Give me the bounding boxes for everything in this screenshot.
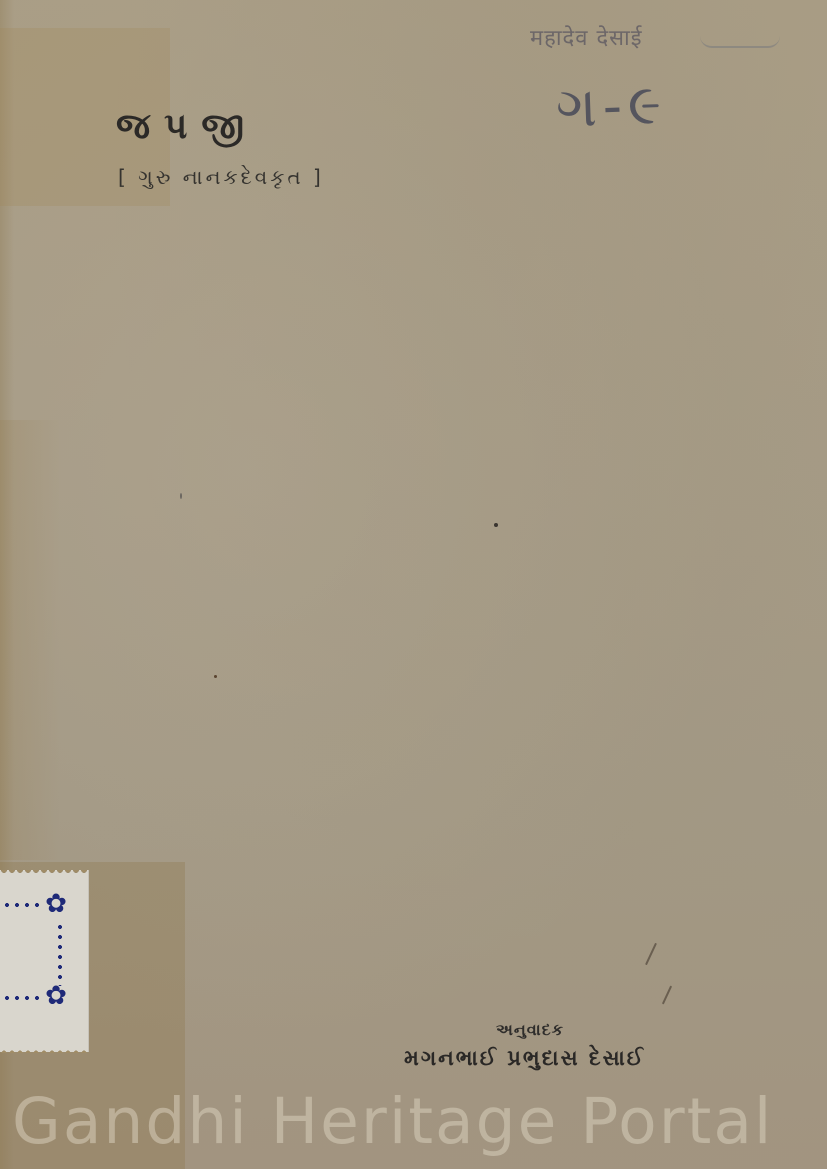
spine-stain bbox=[0, 420, 60, 860]
paper-speck bbox=[180, 493, 182, 499]
label-dotted-border-right bbox=[57, 922, 63, 986]
label-dotted-border-bottom bbox=[2, 995, 42, 1001]
owner-stamp: महादेव देसाई bbox=[530, 22, 643, 52]
label-perforated-edge-top bbox=[0, 870, 88, 874]
translator-role-label: અનુવાદક bbox=[496, 1020, 564, 1040]
flower-ornament-icon: ✿ bbox=[43, 891, 69, 917]
flower-ornament-icon: ✿ bbox=[43, 983, 69, 1009]
paper-speck bbox=[214, 675, 217, 678]
paper-speck bbox=[494, 523, 498, 527]
book-title: જપજી bbox=[116, 104, 258, 148]
book-subtitle: [ ગુરુ નાનકદેવકૃત ] bbox=[118, 164, 324, 190]
label-dotted-border-top bbox=[2, 902, 42, 908]
portal-watermark: Gandhi Heritage Portal bbox=[12, 1082, 773, 1162]
handwritten-catalog-number: ગ-૯ bbox=[555, 70, 668, 144]
translator-name: મગનભાઈ પ્રભુદાસ દેસાઈ bbox=[404, 1046, 645, 1071]
pencil-stroke bbox=[700, 36, 780, 48]
label-perforated-edge-bottom bbox=[0, 1049, 88, 1053]
